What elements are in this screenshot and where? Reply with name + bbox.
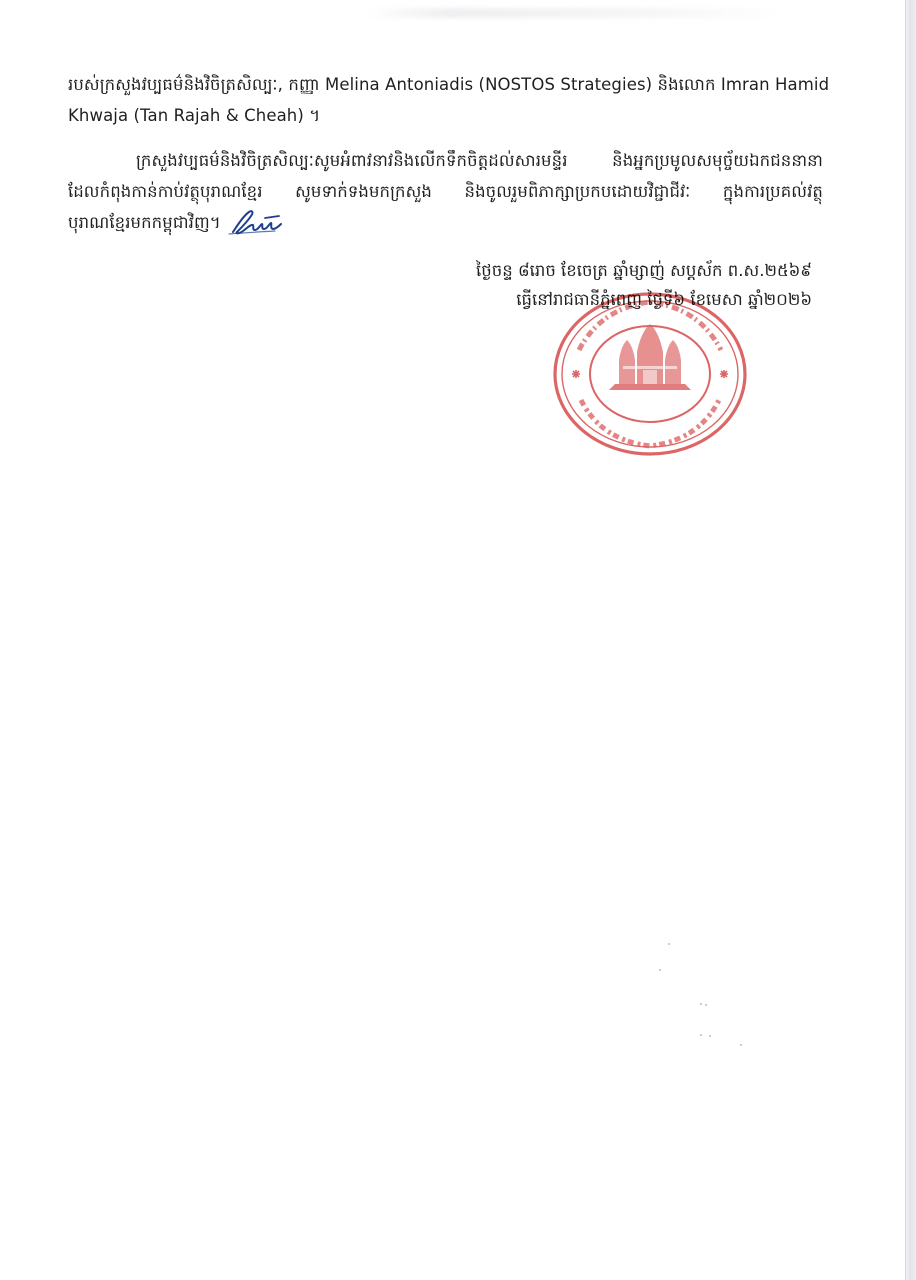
ministry-seal-icon: [551, 290, 749, 458]
scan-speck: [709, 1035, 711, 1037]
paragraph-line: ដែលកំពុងកាន់កាប់វត្ថុបុរាណខ្មែរ សូមទាក់ទ…: [68, 176, 823, 207]
paragraph-line-final: បុរាណខ្មែរមកកម្ពុជាវិញ។: [68, 207, 823, 238]
scan-speck: [659, 969, 661, 971]
document-page: របស់ក្រសួងវប្បធម៌និងវិចិត្រសិល្បៈ, កញ្ញា…: [0, 0, 906, 1280]
paragraph-line: របស់ក្រសួងវប្បធម៌និងវិចិត្រសិល្បៈ, កញ្ញា…: [68, 69, 823, 100]
scan-speck: [700, 1034, 702, 1036]
page-edge-shadow: [905, 0, 916, 1280]
scan-speck: [700, 1003, 702, 1005]
paragraph-ministry-credits: របស់ក្រសួងវប្បធម៌និងវិចិត្រសិល្បៈ, កញ្ញា…: [68, 69, 823, 131]
paragraph-line-text: បុរាណខ្មែរមកកម្ពុជាវិញ។: [68, 213, 221, 232]
paragraph-appeal: ក្រសួងវប្បធម៌និងវិចិត្រសិល្បៈសូមអំពាវនាវ…: [68, 145, 823, 238]
show-through-bleed: [365, 8, 785, 18]
scan-speck: [705, 1004, 707, 1006]
lunar-date-line: ថ្ងៃចន្ទ ៨រោច ខែចេត្រ ឆ្នាំម្សាញ់ សប្តស័…: [372, 256, 812, 286]
paragraph-line: ក្រសួងវប្បធម៌និងវិចិត្រសិល្បៈសូមអំពាវនាវ…: [68, 145, 823, 176]
paragraph-line: Khwaja (Tan Rajah & Cheah) ។: [68, 100, 823, 131]
scan-speck: [668, 943, 670, 945]
handwritten-initials-icon: [227, 208, 287, 236]
scan-speck: [740, 1044, 742, 1046]
